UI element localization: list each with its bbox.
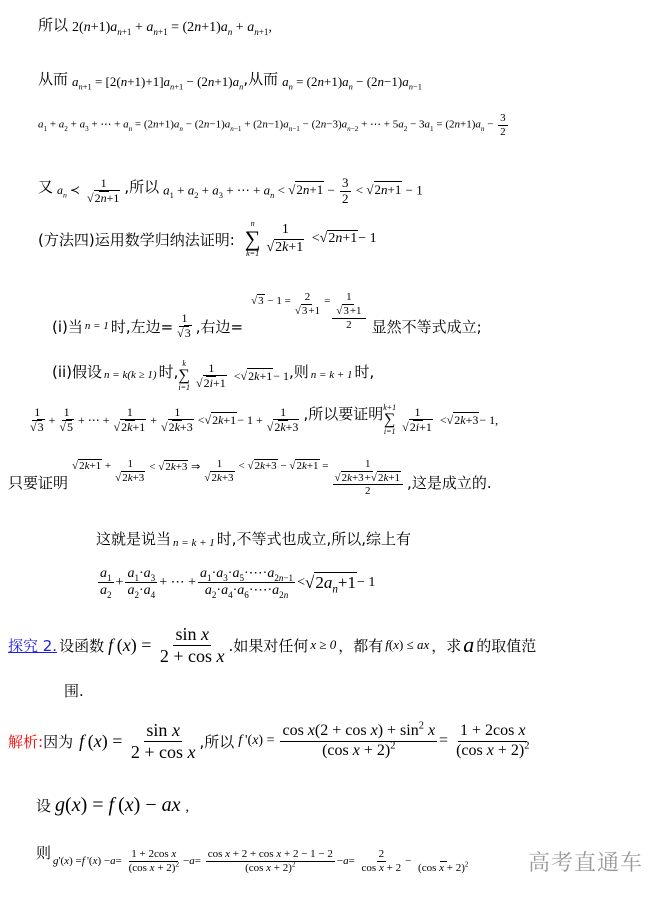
line-5: (方法四)运用数学归纳法证明: n∑k=1 1√2k+1 < √2n+1 − 1: [38, 220, 377, 258]
text-only-need: 只要证明: [8, 472, 68, 493]
math-n-eq-k1: n = k + 1: [311, 369, 353, 381]
line-7: (ii)假设 n = k(k ≥ 1) 时, k∑i=1 1√2i+1 < √2…: [52, 350, 374, 392]
line-15: 则 g'(x) = f '(x) − a = 1 + 2cos x(cos x …: [36, 842, 472, 874]
math-x-geq-0: x ≥ 0: [310, 637, 336, 653]
line-2: 从而 an+1 = [2(n+1)+1]an+1 − (2n+1)an ,从而 …: [38, 66, 422, 90]
line-9: 只要证明 √2k+1 + 1√2k+3 < √2k+3 ⇒ 1√2k+3 < √…: [8, 458, 492, 498]
text-ii-assume: (ii)假设: [52, 361, 102, 382]
watermark-logo: 高考直通车: [528, 846, 643, 877]
math-eq-7: k∑i=1 1√2i+1 < √2k+1 − 1: [178, 360, 289, 392]
text-i-dang: (i)当: [52, 316, 83, 337]
line-14: 设 g(x) = f (x) − ax ,: [36, 794, 189, 817]
text-method4: (方法四)运用数学归纳法证明:: [38, 229, 235, 250]
math-one-over-sqrt3: 1√3: [173, 312, 196, 341]
text-all-have: ，都有: [338, 635, 383, 656]
text-obvious: 显然不等式成立;: [372, 316, 482, 337]
math-n-eq-k: n = k(k ≥ 1): [104, 369, 157, 381]
text-congerer: 从而: [38, 68, 68, 89]
math-g-def: g(x) = f (x) − ax ,: [55, 794, 189, 817]
math-eq-8b: k+1∑i=1 1√2i+1 < √2k+3 − 1,: [383, 404, 498, 436]
line-10: 这就是说当 n = k + 1 时,不等式也成立,所以,综上有: [96, 528, 411, 549]
math-f-def: f (x) = sin x2 + cos x: [108, 624, 228, 666]
math-eq-4b: a1 + a2 + a3 + ⋯ + an < √2n+1 − 32 < √2n…: [163, 176, 423, 207]
math-eq-5: n∑k=1 1√2k+1 < √2n+1 − 1: [245, 220, 377, 258]
text-then: 则: [36, 842, 51, 863]
text-also-holds: 时,不等式也成立,所以,综上有: [217, 528, 411, 549]
math-f-def-2: f (x) = sin x2 + cos x: [79, 720, 199, 762]
math-eq-3: a1 + a2 + a3 + ⋯ + an = (2n+1)an − (2n−1…: [38, 112, 510, 138]
line-6: (i)当 n = 1 时,左边= 1√3 ,右边= √3 − 1 = 2√3+1…: [52, 282, 482, 341]
text-because: 因为: [43, 731, 73, 752]
text-suoyi: 所以: [38, 14, 68, 35]
text-need-prove: ,所以要证明: [303, 403, 383, 424]
line-11: a1a2+ a1·a3a2·a4+ ⋯ + a1·a3·a5·⋯·a2n−1a2…: [96, 566, 375, 599]
math-eq-9: √2k+1 + 1√2k+3 < √2k+3 ⇒ 1√2k+3 < √2k+3 …: [72, 458, 407, 498]
text-set-func: 设函数: [59, 635, 104, 656]
math-gprime: g'(x) = f '(x) − a = 1 + 2cos x(cos x + …: [53, 848, 472, 874]
math-fprime: f '(x) = cos x(2 + cos x) + sin2 x(cos x…: [238, 722, 533, 760]
text-so: ,所以: [200, 731, 235, 752]
text-shi-2: 时,: [355, 361, 375, 382]
analysis-label: 解析:: [8, 731, 43, 752]
line-12: 探究 2. 设函数 f (x) = sin x2 + cos x .如果对任何 …: [8, 624, 536, 666]
line-1: 所以 2(n+1)an+1 + an+1 = (2n+1)an + an+1,: [38, 12, 272, 36]
text-suoyi-2: ,所以: [124, 176, 159, 197]
text-find: ，求: [431, 635, 461, 656]
math-a: a: [463, 632, 474, 658]
math-eq-11: a1a2+ a1·a3a2·a4+ ⋯ + a1·a3·a5·⋯·a2n−1a2…: [96, 566, 375, 599]
text-shi-left: 时,左边=: [111, 316, 173, 337]
math-eq-8a: 1√3+ 1√5+ ⋯ + 1√2k+1+ 1√2k+3 < √2k+1 − 1…: [26, 406, 303, 435]
math-fx-leq-ax: f(x) ≤ ax: [385, 637, 429, 653]
text-you: 又: [38, 176, 53, 197]
math-eq-4a: an ≺ 1√2n+1: [57, 177, 124, 206]
text-this-holds: ,这是成立的.: [407, 472, 492, 493]
line-4: 又 an ≺ 1√2n+1 ,所以 a1 + a2 + a3 + ⋯ + an …: [38, 166, 423, 207]
text-let: 设: [36, 795, 51, 816]
text-right: ,右边=: [196, 316, 243, 337]
math-eq-2b: an = (2n+1)an − (2n−1)an−1: [282, 74, 422, 90]
line-12b: 围.: [64, 680, 84, 701]
text-that-is: 这就是说当: [96, 528, 171, 549]
math-n-eq-k1-b: n = k + 1: [173, 537, 215, 549]
math-eq-6: √3 − 1 = 2√3+1 = 1√3+12: [251, 291, 367, 331]
math-eq-2a: an+1 = [2(n+1)+1]an+1 − (2n+1)an: [72, 74, 243, 90]
text-range-2: 围.: [64, 680, 84, 701]
line-13: 解析: 因为 f (x) = sin x2 + cos x ,所以 f '(x)…: [8, 720, 533, 762]
explore-2-link[interactable]: 探究 2.: [8, 635, 57, 656]
math-eq-1: 2(n+1)an+1 + an+1 = (2n+1)an + an+1,: [72, 20, 272, 36]
text-congerer-2: ,从而: [243, 68, 278, 89]
text-if-any: .如果对任何: [229, 635, 309, 656]
line-3: a1 + a2 + a3 + ⋯ + an = (2n+1)an − (2n−1…: [38, 112, 510, 138]
line-8: 1√3+ 1√5+ ⋯ + 1√2k+1+ 1√2k+3 < √2k+1 − 1…: [26, 404, 498, 436]
math-n-eq-1: n = 1: [85, 320, 109, 332]
text-range: 的取值范: [476, 635, 536, 656]
text-ze: ,则: [289, 361, 309, 382]
text-shi: 时,: [159, 361, 179, 382]
